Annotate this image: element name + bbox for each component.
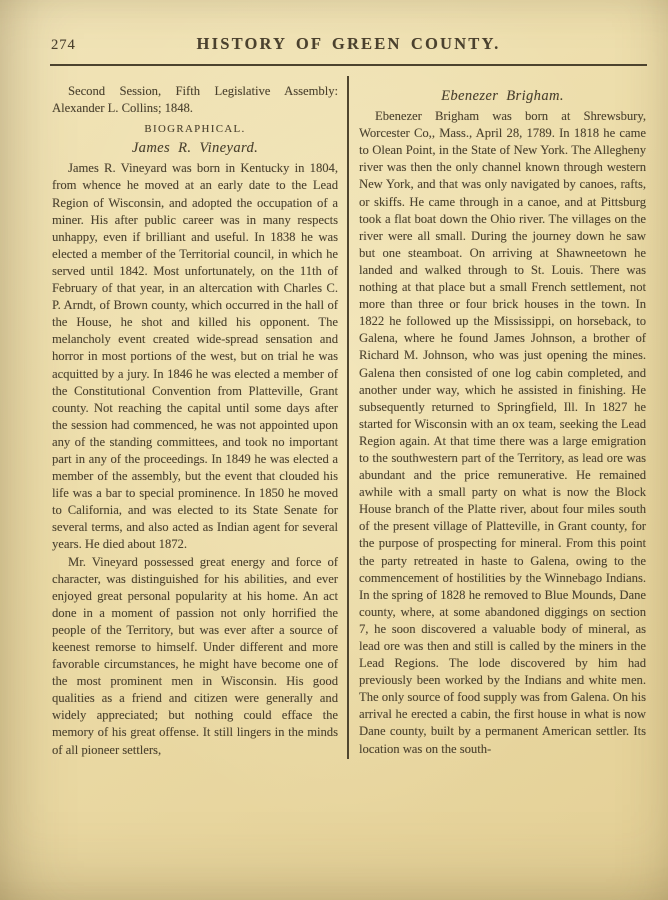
book-page: 274 HISTORY OF GREEN COUNTY. Second Sess…: [0, 0, 668, 900]
brigham-paragraph-1: Ebenezer Brigham was born at Shrewsbury,…: [359, 108, 646, 758]
article-heading-brigham: Ebenezer Brigham.: [359, 88, 646, 105]
session-line: Second Session, Fifth Legislative Assemb…: [52, 83, 338, 117]
section-heading-biographical: BIOGRAPHICAL.: [52, 121, 338, 138]
right-column: Ebenezer Brigham. Ebenezer Brigham was b…: [349, 76, 648, 759]
vineyard-paragraph-2: Mr. Vineyard possessed great energy and …: [52, 554, 338, 759]
page-number: 274: [51, 37, 76, 54]
text-columns: Second Session, Fifth Legislative Assemb…: [50, 76, 648, 759]
left-column: Second Session, Fifth Legislative Assemb…: [50, 76, 347, 759]
article-heading-vineyard: James R. Vineyard.: [52, 140, 338, 157]
running-header-title: HISTORY OF GREEN COUNTY.: [50, 34, 647, 54]
vineyard-paragraph-1: James R. Vineyard was born in Kentucky i…: [52, 160, 338, 553]
page-header: 274 HISTORY OF GREEN COUNTY.: [50, 34, 647, 58]
header-rule: [50, 64, 647, 66]
